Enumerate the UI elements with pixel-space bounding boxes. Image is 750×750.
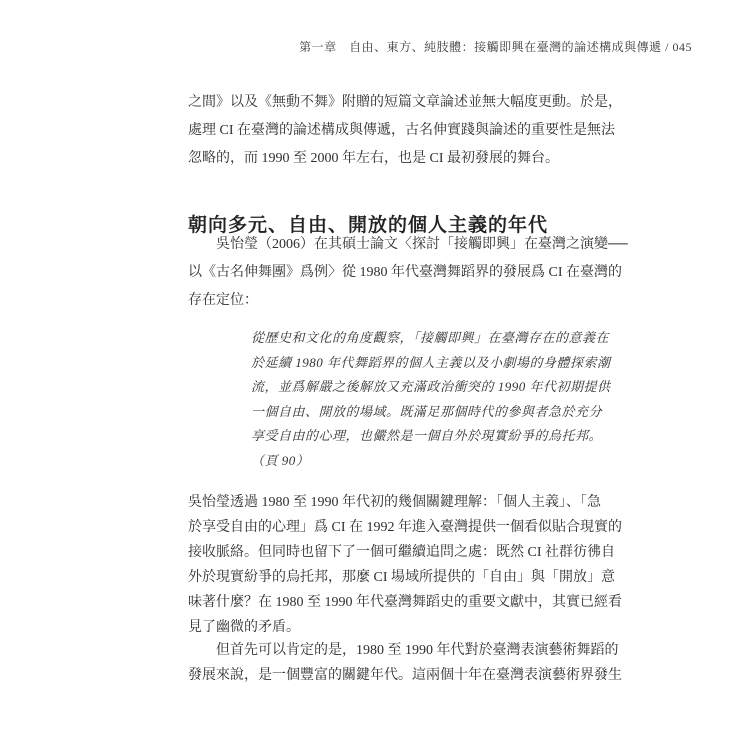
quote-line: 享受自由的心理，也儼然是一個自外於現實紛爭的烏托邦。 (251, 424, 585, 449)
text-line: 處理 CI 在臺灣的論述構成與傳遞，古名伸實踐與論述的重要性是無法 (188, 117, 585, 145)
text-line: 外於現實紛爭的烏托邦，那麼 CI 場域所提供的「自由」與「開放」意 (188, 565, 585, 590)
text-line: 忽略的，而 1990 至 2000 年左右，也是 CI 最初發展的舞台。 (188, 145, 585, 173)
quote-line: 從歷史和文化的角度觀察，「接觸即興」在臺灣存在的意義在 (251, 326, 585, 351)
text-line: 吳怡瑩（2006）在其碩士論文〈探討「接觸即興」在臺灣之演變── (188, 231, 585, 259)
running-head: 第一章 自由、東方、純肢體：接觸即興在臺灣的論述構成與傳遞 / 045 (299, 38, 692, 55)
text-line: 以《古名伸舞團》爲例〉從 1980 年代臺灣舞蹈界的發展爲 CI 在臺灣的 (188, 259, 585, 287)
text-line: 見了幽微的矛盾。 (188, 615, 585, 640)
text-line: 吳怡瑩透過 1980 至 1990 年代初的幾個關鍵理解：「個人主義」、「急 (188, 490, 585, 515)
book-page: 第一章 自由、東方、純肢體：接觸即興在臺灣的論述構成與傳遞 / 045 之間》以… (0, 0, 750, 750)
text-line: 接收脈絡。但同時也留下了一個可繼續追問之處：既然 CI 社群彷彿自 (188, 540, 585, 565)
text-line: 味著什麼？在 1980 至 1990 年代臺灣舞蹈史的重要文獻中，其實已經看 (188, 590, 585, 615)
paragraph-2: 吳怡瑩（2006）在其碩士論文〈探討「接觸即興」在臺灣之演變── 以《古名伸舞團… (188, 231, 585, 315)
text-line: 存在定位： (188, 287, 585, 315)
text-line: 但首先可以肯定的是，1980 至 1990 年代對於臺灣表演藝術舞蹈的 (188, 638, 585, 663)
quote-citation: （頁 90） (251, 449, 585, 474)
paragraph-1: 之間》以及《無動不舞》附贈的短篇文章論述並無大幅度更動。於是， 處理 CI 在臺… (188, 89, 585, 173)
text-line: 發展來說，是一個豐富的關鍵年代。這兩個十年在臺灣表演藝術界發生 (188, 663, 585, 688)
text-line: 於享受自由的心理」爲 CI 在 1992 年進入臺灣提供一個看似貼合現實的 (188, 515, 585, 540)
paragraph-4: 但首先可以肯定的是，1980 至 1990 年代對於臺灣表演藝術舞蹈的 發展來說… (188, 638, 585, 688)
paragraph-3: 吳怡瑩透過 1980 至 1990 年代初的幾個關鍵理解：「個人主義」、「急 於… (188, 490, 585, 640)
quote-line: 於延續 1980 年代舞蹈界的個人主義以及小劇場的身體探索潮 (251, 351, 585, 376)
text-line: 之間》以及《無動不舞》附贈的短篇文章論述並無大幅度更動。於是， (188, 89, 585, 117)
quote-line: 流，並爲解嚴之後解放又充滿政治衝突的 1990 年代初期提供 (251, 375, 585, 400)
block-quote: 從歷史和文化的角度觀察，「接觸即興」在臺灣存在的意義在 於延續 1980 年代舞… (251, 326, 585, 473)
quote-line: 一個自由、開放的場域。既滿足那個時代的參與者急於充分 (251, 400, 585, 425)
